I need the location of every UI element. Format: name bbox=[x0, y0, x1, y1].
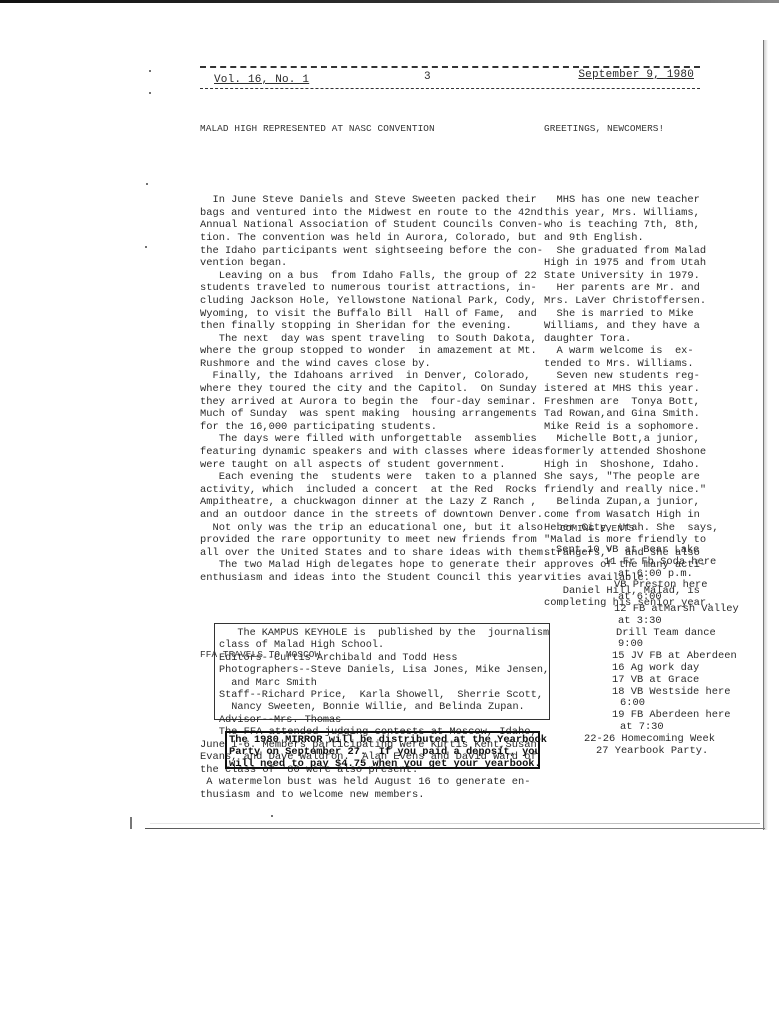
text-line: Mrs. LaVer Christoffersen. bbox=[544, 295, 714, 308]
masthead-line: Photographers--Steve Daniels, Lisa Jones… bbox=[219, 665, 549, 677]
text-line: Michelle Bott,a junior, bbox=[544, 433, 714, 446]
text-line: enthusiasm and ideas into the Student Co… bbox=[200, 572, 545, 585]
scan-speck bbox=[271, 815, 273, 817]
text-line: Williams, and they have a bbox=[544, 320, 714, 333]
masthead-line: and Marc Smith bbox=[219, 678, 549, 690]
masthead-box: The KAMPUS KEYHOLE is published by the j… bbox=[214, 623, 550, 720]
text-line: Wyoming, to visit the Buffalo Bill Hall … bbox=[200, 308, 545, 321]
text-line: Seven new students reg- bbox=[544, 370, 714, 383]
text-line: this year, Mrs. Williams, bbox=[544, 207, 714, 220]
text-line: Much of Sunday was spent making housing … bbox=[200, 408, 545, 421]
text-line: High in Shoshone, Idaho. bbox=[544, 459, 714, 472]
greetings-headline: GREETINGS, NEWCOMERS! bbox=[544, 123, 714, 136]
event-item: 27 Yearbook Party. bbox=[556, 746, 716, 758]
text-line: Her parents are Mr. and bbox=[544, 282, 714, 295]
masthead-line: Staff--Richard Price, Karla Showell, She… bbox=[219, 690, 549, 702]
text-line: featuring dynamic speakers and with clas… bbox=[200, 446, 545, 459]
text-line: where they toured the city and the Capit… bbox=[200, 383, 545, 396]
text-line: The days were filled with unforgettable … bbox=[200, 433, 545, 446]
nasc-headline: MALAD HIGH REPRESENTED AT NASC CONVENTIO… bbox=[200, 123, 545, 136]
scan-mark bbox=[130, 817, 132, 829]
text-line: Each evening the students were taken to … bbox=[200, 471, 545, 484]
event-item: 16 Ag work day bbox=[556, 663, 716, 675]
text-line: A watermelon bust was held August 16 to … bbox=[200, 776, 545, 789]
events-list: Sept.10 VB at Bear Lake11 Fr Fb Soda her… bbox=[556, 545, 716, 757]
text-line: Leaving on a bus from Idaho Falls, the g… bbox=[200, 270, 545, 283]
coming-events: COMING EVENTS Sept.10 VB at Bear Lake11 … bbox=[556, 545, 716, 757]
issue-date: September 9, 1980 bbox=[576, 69, 696, 81]
event-item: at 7:30 bbox=[556, 722, 716, 734]
text-line: and 9th English. bbox=[544, 232, 714, 245]
nasc-article-body: In June Steve Daniels and Steve Sweeten … bbox=[200, 194, 545, 584]
scan-speck bbox=[145, 246, 147, 248]
page-bottom-edge bbox=[145, 828, 765, 829]
notice-line: Party on September 27. If you paid a dep… bbox=[229, 746, 538, 758]
text-line: cluding Jackson Hole, Yellowstone Nation… bbox=[200, 295, 545, 308]
masthead-line: class of Malad High School. bbox=[219, 640, 549, 652]
coming-events-headline: COMING EVENTS bbox=[560, 523, 634, 535]
text-line: who is teaching 7th, 8th, bbox=[544, 219, 714, 232]
text-line: come from Wasatch High in bbox=[544, 509, 714, 522]
text-line: Finally, the Idahoans arrived in Denver,… bbox=[200, 370, 545, 383]
text-line: She is married to Mike bbox=[544, 308, 714, 321]
header-dashed-rule bbox=[200, 88, 700, 89]
text-line: Not only was the trip an educational one… bbox=[200, 522, 545, 535]
text-line: the Idaho participants went sightseeing … bbox=[200, 245, 545, 258]
text-line: istered at MHS this year. bbox=[544, 383, 714, 396]
text-line: Annual National Association of Student C… bbox=[200, 219, 545, 232]
yearbook-notice-box: The 1980 MIRROR will be distributed at t… bbox=[225, 731, 540, 769]
text-line: A warm welcome is ex- bbox=[544, 345, 714, 358]
text-line: The two Malad High delegates hope to gen… bbox=[200, 559, 545, 572]
text-line: She says, "The people are bbox=[544, 471, 714, 484]
text-line: daughter Tora. bbox=[544, 333, 714, 346]
masthead-line: Advisor--Mrs. Thomas bbox=[219, 715, 549, 727]
event-item: 12 FB atMarsh Valley bbox=[556, 604, 716, 616]
text-line: bags and ventured into the Midwest en ro… bbox=[200, 207, 545, 220]
text-line: Freshmen are Tonya Bott, bbox=[544, 396, 714, 409]
page-bottom-shadow bbox=[150, 823, 760, 824]
text-line: formerly attended Shoshone bbox=[544, 446, 714, 459]
text-line: then finally stopping in Sheridan for th… bbox=[200, 320, 545, 333]
page-number: 3 bbox=[422, 71, 433, 83]
text-line: friendly and really nice." bbox=[544, 484, 714, 497]
page-right-edge bbox=[763, 40, 768, 830]
text-line: Belinda Zupan,a junior, bbox=[544, 496, 714, 509]
text-line: In June Steve Daniels and Steve Sweeten … bbox=[200, 194, 545, 207]
text-line: vention began. bbox=[200, 257, 545, 270]
text-line: tion. The convention was held in Aurora,… bbox=[200, 232, 545, 245]
newsletter-header: Vol. 16, No. 1 3 September 9, 1980 bbox=[200, 74, 700, 92]
header-rule bbox=[200, 66, 700, 68]
text-line: provided the rare opportunity to meet ne… bbox=[200, 534, 545, 547]
event-item: 11 Fr Fb Soda here bbox=[556, 557, 716, 569]
event-item: at 3:30 bbox=[556, 616, 716, 628]
masthead-line: The KAMPUS KEYHOLE is published by the j… bbox=[219, 628, 549, 640]
scan-speck bbox=[149, 92, 151, 94]
text-line: thusiasm and to welcome new members. bbox=[200, 789, 545, 802]
text-line: MHS has one new teacher bbox=[544, 194, 714, 207]
notice-line: The 1980 MIRROR will be distributed at t… bbox=[229, 734, 538, 746]
text-line: for the 16,000 participating students. bbox=[200, 421, 545, 434]
text-line: were taught on all aspects of student go… bbox=[200, 459, 545, 472]
text-line: Ampitheatre, a chuckwagon dinner at the … bbox=[200, 496, 545, 509]
masthead-line: Editors--Curtis Archibald and Todd Hess bbox=[219, 653, 549, 665]
text-line: where the group stopped to wonder in ama… bbox=[200, 345, 545, 358]
masthead-line: Nancy Sweeten, Bonnie Willie, and Belind… bbox=[219, 702, 549, 714]
text-line: students traveled to numerous tourist at… bbox=[200, 282, 545, 295]
text-line: Rushmore and the wind caves close by. bbox=[200, 358, 545, 371]
scan-top-edge bbox=[0, 0, 779, 3]
text-line: She graduated from Malad bbox=[544, 245, 714, 258]
text-line: tended to Mrs. Williams. bbox=[544, 358, 714, 371]
text-line: Mike Reid is a sophomore. bbox=[544, 421, 714, 434]
scan-speck bbox=[146, 183, 148, 185]
notice-line: will need to pay $4.75 when you get your… bbox=[229, 758, 538, 770]
scan-speck bbox=[149, 70, 151, 72]
text-line: they arrived at Aurora to begin the four… bbox=[200, 396, 545, 409]
text-line: activity, which included a concert at th… bbox=[200, 484, 545, 497]
event-item: 22-26 Homecoming Week bbox=[556, 734, 716, 746]
text-line: The next day was spent traveling to Sout… bbox=[200, 333, 545, 346]
volume-number: Vol. 16, No. 1 bbox=[212, 74, 311, 86]
text-line: State University in 1979. bbox=[544, 270, 714, 283]
text-line: all over the United States and to share … bbox=[200, 547, 545, 560]
text-line: High in 1975 and from Utah bbox=[544, 257, 714, 270]
text-line: and an outdoor dance in the streets of d… bbox=[200, 509, 545, 522]
event-item: 17 VB at Grace bbox=[556, 675, 716, 687]
text-line: Tad Rowan,and Gina Smith. bbox=[544, 408, 714, 421]
